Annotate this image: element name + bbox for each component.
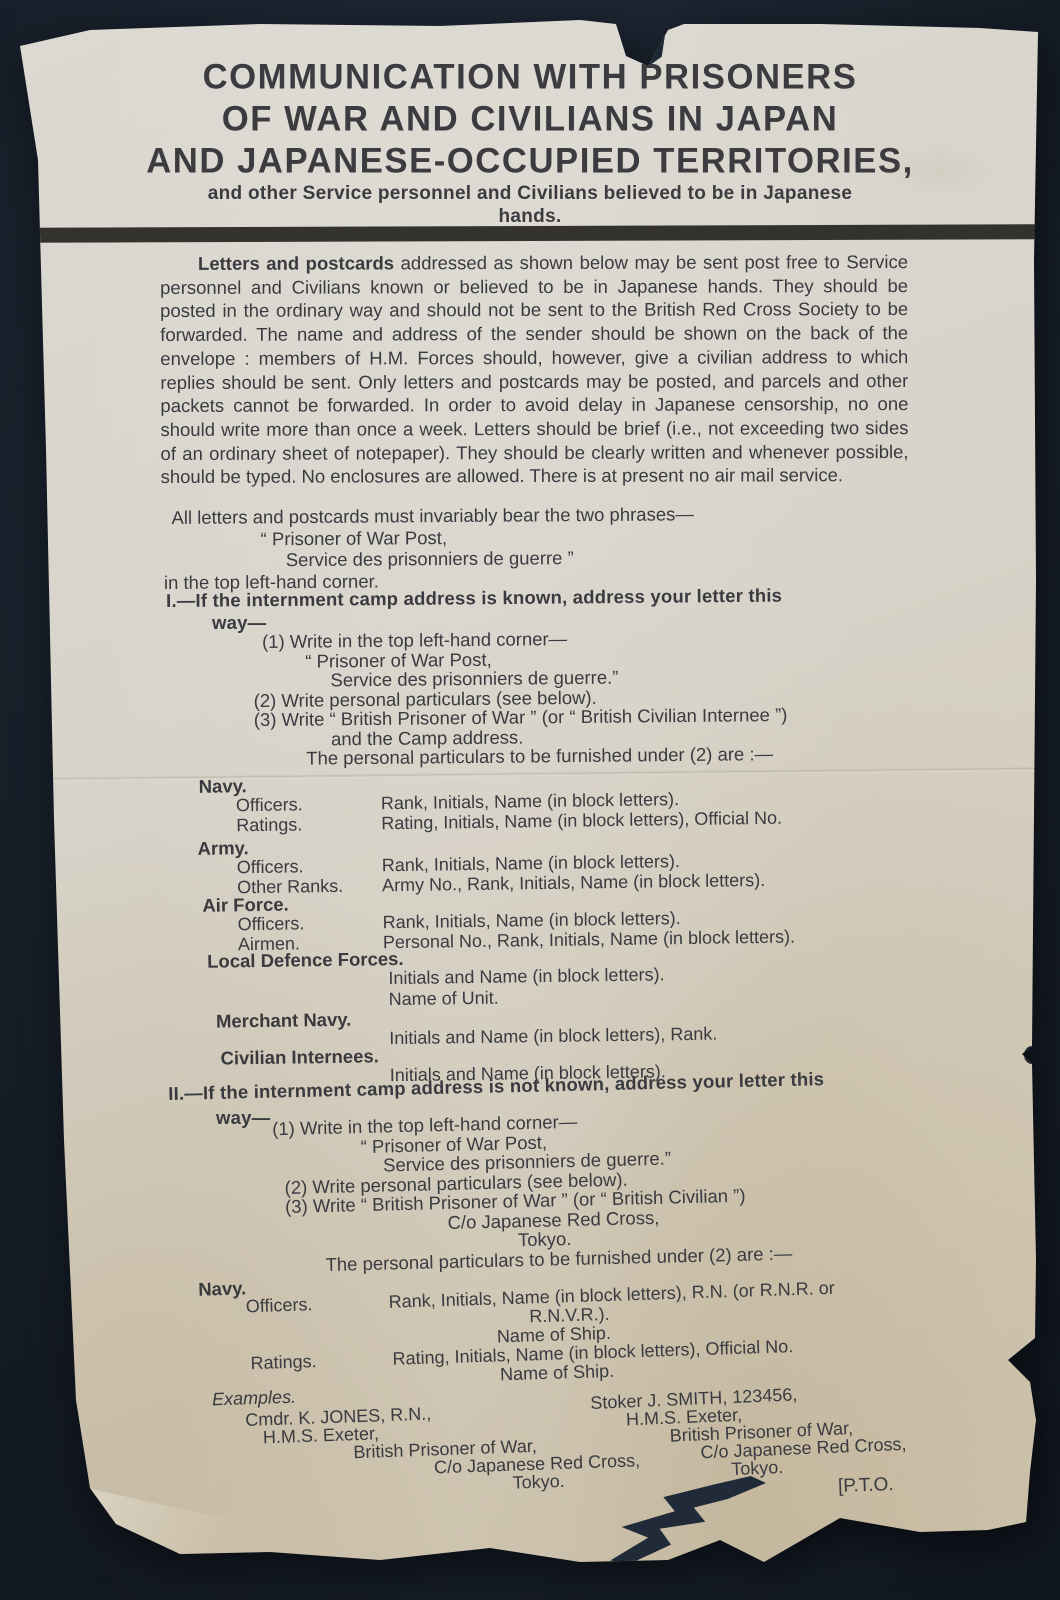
row-label: Officers. bbox=[237, 855, 382, 877]
intro-paragraph: Letters and postcards addressed as shown… bbox=[160, 250, 909, 489]
intro-lead: Letters and postcards bbox=[198, 252, 394, 274]
section1-heading: I.—If the internment camp address is kno… bbox=[166, 585, 782, 612]
phrases-intro-line: All letters and postcards must invariabl… bbox=[171, 503, 694, 529]
pto-mark: [P.T.O. bbox=[838, 1474, 894, 1498]
row-label: Officers. bbox=[246, 1293, 390, 1316]
row-label: Ratings. bbox=[236, 813, 381, 835]
phrases-block: All letters and postcards must invariabl… bbox=[20, 13, 1040, 20]
section1-steps: (1) Write in the top left-hand corner— “… bbox=[160, 627, 788, 770]
section1-heading-cont: way— bbox=[212, 612, 266, 634]
row-label: Ratings. bbox=[250, 1350, 393, 1373]
page-title-line-2: OF WAR AND CIVILIANS IN JAPAN bbox=[10, 97, 1050, 141]
phrase-pow-post: “ Prisoner of War Post, bbox=[261, 527, 448, 550]
section1-particulars-intro: The personal particulars to be furnished… bbox=[306, 744, 788, 768]
subtitle-line-1: and other Service personnel and Civilian… bbox=[20, 183, 1040, 205]
row-label: Officers. bbox=[237, 912, 382, 934]
document-page: COMMUNICATION WITH PRISONERS OF WAR AND … bbox=[20, 20, 1040, 1562]
group-navy: Navy. Officers. Rank, Initials, Name (in… bbox=[191, 767, 972, 836]
group-local-defence: Local Defence Forces. Initials and Name … bbox=[193, 942, 974, 1013]
section2-steps: (1) Write in the top left-hand corner— “… bbox=[160, 1107, 792, 1278]
divider-bar bbox=[20, 224, 1040, 243]
paper-nick-right-icon bbox=[1024, 1046, 1040, 1064]
page-title-line-1: COMMUNICATION WITH PRISONERS bbox=[10, 55, 1050, 99]
example-left-column: Cmdr. K. JONES, R.N., H.M.S. Exeter, Bri… bbox=[245, 1398, 641, 1502]
photo-background: COMMUNICATION WITH PRISONERS OF WAR AND … bbox=[0, 0, 1060, 1600]
particulars-groups: Navy. Officers. Rank, Initials, Name (in… bbox=[180, 9, 980, 20]
examples-label: Examples. bbox=[212, 1387, 297, 1411]
intro-rest: addressed as shown below may be sent pos… bbox=[160, 251, 908, 487]
phrase-service-guerre: Service des prisonniers de guerre ” bbox=[286, 547, 574, 571]
row-label: Officers. bbox=[236, 793, 381, 815]
example-right-column: Stoker J. SMITH, 123456, H.M.S. Exeter, … bbox=[590, 1382, 908, 1485]
page-title-line-3: AND JAPANESE-OCCUPIED TERRITORIES, bbox=[10, 139, 1050, 183]
header-block: COMMUNICATION WITH PRISONERS OF WAR AND … bbox=[20, 56, 1040, 228]
section2-navy-block: Navy. Officers. Rank, Initials, Name (in… bbox=[160, 1257, 953, 1395]
